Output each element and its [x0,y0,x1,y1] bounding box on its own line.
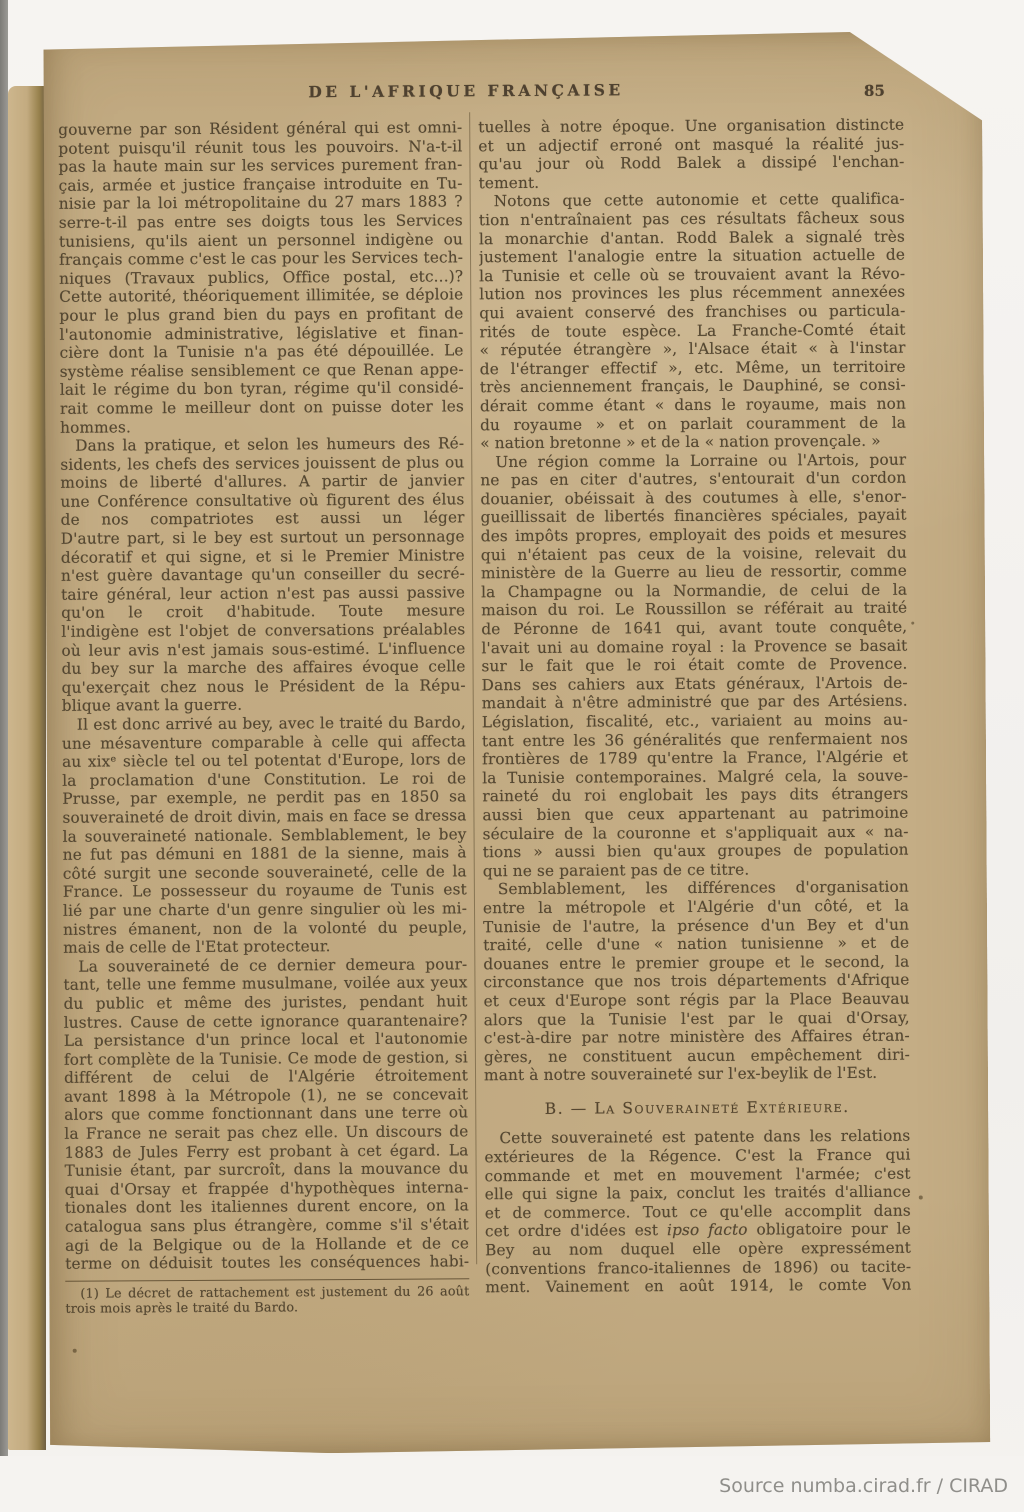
scanner-edge [0,0,8,1512]
text-line: de nos compatriotes est aussi un léger c… [61,509,465,530]
text-line: quai d'Orsay et frappée d'hypothèques in… [65,1178,469,1199]
text-line: lustres. Cause de cette ignorance quaran… [64,1011,468,1032]
text-line: n'est guère davantage qu'un conseiller d… [61,565,465,586]
footnote: (1) Le décret de rattachement est justem… [65,1284,469,1318]
text-line: trois mois après le traité du Bardo. [65,1300,469,1318]
text-line: système réalise sensiblement ce que Rena… [60,360,464,381]
text-line: fort complète de la Tunisie. Ce mode de … [64,1048,468,1069]
text-line: côté surgit une seconde souveraineté, ce… [63,862,467,883]
section-heading: B. — La Souveraineté Extérieure. [484,1097,910,1118]
text-line: tant, telle une femme musulmane, voilée … [63,974,467,995]
text-line: qu'exerçait chez nous le Président de la… [62,676,466,697]
paper-speck [919,1196,923,1200]
text-line: une mésaventure comparable à celle qui a… [62,732,466,753]
text-line: une Conférence consultative où figurent … [60,490,464,511]
text-line: serre-t-il pas entre ses doigts tous les… [59,211,463,232]
text-line: nistres émanent, non de la volonté du pe… [63,918,467,939]
text-line: blique avant la guerre. [62,695,466,716]
text-line: où leur avis n'est jamais sous-estimé. L… [61,639,465,660]
text-line: pour le plus grand bien du pays en profi… [59,304,463,325]
text-line: terme on déduisit toutes les conséquence… [65,1253,469,1274]
text-line: lié par une charte d'un genre singulier … [63,899,467,920]
text-line: du public et même des juristes, pendant … [64,992,468,1013]
journal-title: DE L'AFRIQUE FRANÇAISE [40,79,892,103]
text-line: agi de la Belgique ou de la Hollande et … [65,1234,469,1255]
text-line: D'autre part, si le bey est surtout un p… [61,527,465,548]
text-line: Il est donc arrivé au bey, avec le trait… [62,713,466,734]
text-line: gouverne par son Résident général qui es… [58,118,462,139]
text-line: français comme c'est le cas pour les Ser… [59,248,463,269]
text-line: pas la haute main sur les services purem… [58,155,462,176]
text-line: du bey sur la marche des affaires évoque… [61,658,465,679]
text-line: Prusse, par exemple, ne perdit pas en 18… [62,788,466,809]
text-line: La souveraineté de ce dernier demeura po… [63,955,467,976]
text-line: qu'on le croit d'habitude. Toute mesure … [61,602,465,623]
text-line: tionales dont les italiennes durent enco… [65,1197,469,1218]
text-line: Dans la pratique, et selon les humeurs d… [60,434,464,455]
footnote-rule [65,1278,469,1281]
text-line: cière dont la Tunisie n'a pas été dépoui… [60,341,464,362]
text-line: tions » aussi bien qu'aux groupes de pop… [483,841,909,862]
column-right: tuelles à notre époque. Une organisation… [478,116,911,1297]
paper-speck [911,622,914,625]
text-line: 1883 de Jules Ferry est probant à cet ég… [64,1141,468,1162]
text-line: au xixᵉ siècle tel ou tel potentat d'Eur… [62,750,466,771]
text-line: alors que comme fonctionnant dans une te… [64,1104,468,1125]
previous-page-edge [8,86,46,1450]
text-line: mant à notre souveraineté sur l'ex-beyli… [484,1064,910,1085]
scanned-page: DE L'AFRIQUE FRANÇAISE 85 gouverne par s… [40,31,991,1455]
text-line: la souveraineté nationale. Semblablement… [63,825,467,846]
column-divider [469,112,477,1264]
footer-strip: Source numba.cirad.fr / CIRAD [0,1456,1024,1512]
text-line: sidents, les chefs des services jouissen… [60,453,464,474]
text-line: avant 1898 à la Métropole (1), ne se con… [64,1085,468,1106]
text-line: l'autonomie administrative, législative … [59,323,463,344]
text-line: taire général, leur action n'est pas aus… [61,583,465,604]
paper-speck [73,1349,77,1353]
text-line: çais, armée et justice française introdu… [59,174,463,195]
text-line: l'indigène est l'objet de conversations … [61,620,465,641]
page-number: 85 [864,82,885,100]
column-right-lines: tuelles à notre époque. Une organisation… [478,116,911,1297]
column-left: gouverne par son Résident général qui es… [58,118,469,1317]
text-line: ne fut pas démuni en 1881 de la sienne, … [63,843,467,864]
text-line: niques (Travaux publics, Office postal, … [59,267,463,288]
text-line: moins de liberté d'allures. A partir de … [60,472,464,493]
text-line: hommes. [60,416,464,437]
text-line: souveraineté de droit divin, mais en fac… [62,806,466,827]
text-line: qu'au jour où Rodd Balek a dissipé l'enc… [478,153,904,174]
text-line: lait le régime du bon tyran, régime qu'i… [60,379,464,400]
text-line: mais de celle de l'Etat protecteur. [63,936,467,957]
text-line: tunisiens, qu'ils aient un personnel ind… [59,230,463,251]
text-line: La persistance d'un prince local et l'au… [64,1029,468,1050]
text-line: nisie par la loi métropolitaine du 27 ma… [59,193,463,214]
column-left-lines: gouverne par son Résident général qui es… [58,118,469,1273]
text-line: potent puisqu'il réunit tous les pouvoir… [58,137,462,158]
text-line: (1) Le décret de rattachement est justem… [65,1284,469,1302]
text-line: Tunisie étant, par surcroît, dans la mou… [65,1160,469,1181]
source-attribution: Source numba.cirad.fr / CIRAD [719,1475,1008,1497]
text-line: France. Le possesseur du royaume de Tuni… [63,881,467,902]
text-line: décoratif et qui signe, et si le Premier… [61,546,465,567]
text-line: catalogua sans plus étrangère, comme s'i… [65,1215,469,1236]
text-line: différent de celui de l'Algérie étroitem… [64,1067,468,1088]
text-line: la proclamation d'une Constitution. Le r… [62,769,466,790]
text-line: Cette autorité, théoriquement illimitée,… [59,286,463,307]
text-line: la France ne serait pas chez elle. Un di… [64,1122,468,1143]
text-line: ment. Vainement en août 1914, le comte V… [485,1276,911,1297]
text-line: rait comme le meilleur dont on puisse do… [60,397,464,418]
